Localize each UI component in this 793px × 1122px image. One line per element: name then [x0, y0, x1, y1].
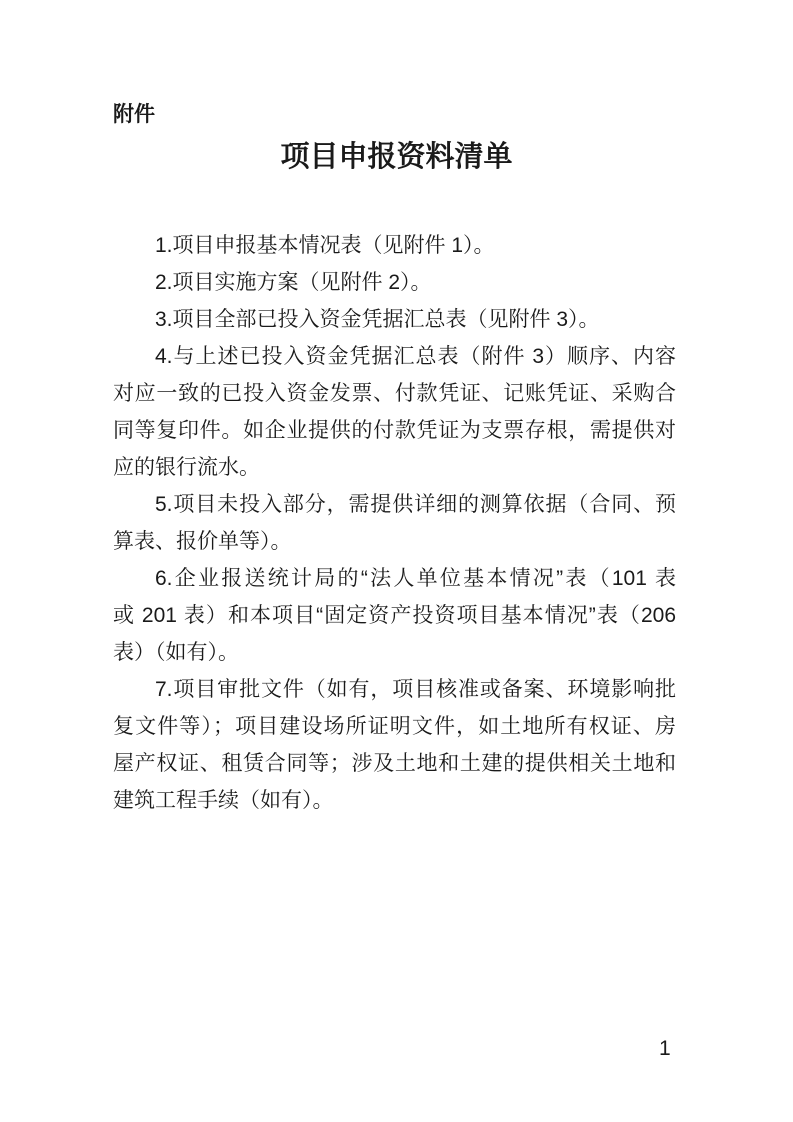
list-item-4-line-3: 同等复印件。如企业提供的付款凭证为支票存根，需提供对 — [113, 412, 676, 449]
list-item-7-line-1: 7.项目审批文件（如有，项目核准或备案、环境影响批 — [113, 671, 676, 708]
list-item-6-line-1: 6.企业报送统计局的“法人单位基本情况”表（101 表 — [113, 560, 676, 597]
list-item-4-line-2: 对应一致的已投入资金发票、付款凭证、记账凭证、采购合 — [113, 375, 676, 412]
list-item-5-line-2: 算表、报价单等）。 — [113, 523, 676, 560]
list-item-2: 2.项目实施方案（见附件 2）。 — [113, 264, 676, 301]
page-number: 1 — [659, 1034, 671, 1064]
list-item-4-line-4: 应的银行流水。 — [113, 449, 676, 486]
list-item-7-line-3: 屋产权证、租赁合同等；涉及土地和土建的提供相关土地和 — [113, 745, 676, 782]
list-item-6-line-2: 或 201 表）和本项目“固定资产投资项目基本情况”表（206 — [113, 597, 676, 634]
document-page: 附件 项目申报资料清单 1.项目申报基本情况表（见附件 1）。 2.项目实施方案… — [0, 0, 793, 1122]
list-item-6-line-3: 表）（如有）。 — [113, 634, 676, 671]
page-title: 项目申报资料清单 — [0, 137, 793, 177]
list-item-4-line-1: 4.与上述已投入资金凭据汇总表（附件 3）顺序、内容 — [113, 338, 676, 375]
list-item-3: 3.项目全部已投入资金凭据汇总表（见附件 3）。 — [113, 301, 676, 338]
attachment-label: 附件 — [113, 100, 155, 130]
list-item-7-line-2: 复文件等）；项目建设场所证明文件，如土地所有权证、房 — [113, 708, 676, 745]
list-item-7-line-4: 建筑工程手续（如有）。 — [113, 782, 676, 819]
list-item-5-line-1: 5.项目未投入部分，需提供详细的测算依据（合同、预 — [113, 486, 676, 523]
document-body: 1.项目申报基本情况表（见附件 1）。 2.项目实施方案（见附件 2）。 3.项… — [113, 227, 676, 819]
list-item-1: 1.项目申报基本情况表（见附件 1）。 — [113, 227, 676, 264]
